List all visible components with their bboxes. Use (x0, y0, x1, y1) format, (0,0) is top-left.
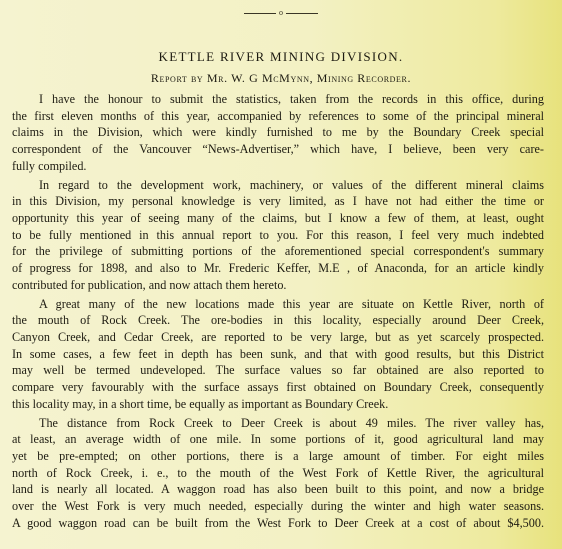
text-line: A great many of the new locations made t… (12, 296, 544, 313)
text-line: the mouth of Rock Creek. The ore-bodies … (12, 312, 544, 329)
text-line: to be fully mentioned in this annual rep… (12, 227, 544, 244)
report-byline: Report by Mr. W. G McMynn, Mining Record… (0, 71, 562, 86)
text-line: opportunity this year of seeing many of … (12, 210, 544, 227)
text-line: of progress for 1898, and also to Mr. Fr… (12, 260, 544, 277)
section-title: KETTLE RIVER MINING DIVISION. (0, 49, 562, 65)
divider-glyph: o (279, 9, 283, 17)
paragraph-2: In regard to the development work, machi… (12, 177, 544, 294)
text-line: In regard to the development work, machi… (12, 177, 544, 194)
text-line: fully compiled. (12, 158, 544, 175)
text-line: correspondent of the Vancouver “News-Adv… (12, 141, 544, 158)
text-line: I have the honour to submit the statisti… (12, 91, 544, 108)
text-line: over the West Fork is very much needed, … (12, 498, 544, 515)
text-line: this locality may, in a short time, be e… (12, 396, 544, 413)
document-page: o KETTLE RIVER MINING DIVISION. Report b… (0, 0, 562, 549)
report-body: I have the honour to submit the statisti… (12, 91, 544, 534)
text-line: contributed for publication, and now att… (12, 277, 544, 294)
section-divider-ornament: o (0, 9, 562, 17)
text-line: yet be pre-empted; on other portions, th… (12, 448, 544, 465)
text-line: The distance from Rock Creek to Deer Cre… (12, 415, 544, 432)
text-line: the first eleven months of this year, ac… (12, 108, 544, 125)
text-line: A good waggon road can be built from the… (12, 515, 544, 532)
divider-rule-right (286, 13, 318, 14)
paragraph-4: The distance from Rock Creek to Deer Cre… (12, 415, 544, 532)
text-line: compare very favourably with the surface… (12, 379, 544, 396)
text-line: in this Division, my personal knowledge … (12, 193, 544, 210)
paragraph-1: I have the honour to submit the statisti… (12, 91, 544, 174)
text-line: north of Rock Creek, i. e., to the mouth… (12, 465, 544, 482)
text-line: land is nearly all located. A waggon roa… (12, 481, 544, 498)
text-line: claims in the Division, which were kindl… (12, 124, 544, 141)
paragraph-3: A great many of the new locations made t… (12, 296, 544, 413)
text-line: for the privilege of submitting portions… (12, 243, 544, 260)
text-line: at least, an average width of one mile. … (12, 431, 544, 448)
divider-rule-left (244, 13, 276, 14)
text-line: Canyon Creek, and Cedar Creek, are repor… (12, 329, 544, 346)
text-line: may well be termed undeveloped. The surf… (12, 362, 544, 379)
text-line: In some cases, a few feet in depth has b… (12, 346, 544, 363)
